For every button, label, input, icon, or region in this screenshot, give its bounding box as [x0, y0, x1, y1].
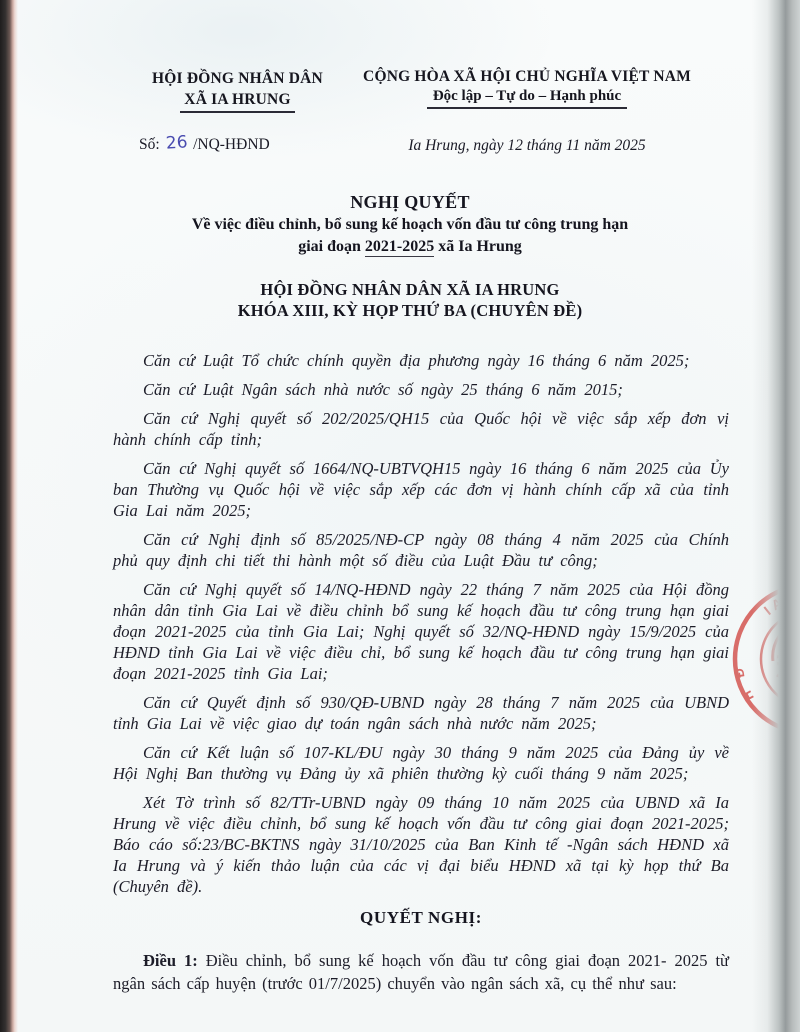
recital-paragraph: Căn cứ Nghị định số 85/2025/NĐ-CP ngày 0… [113, 529, 729, 571]
issuer-name-line2: XÃ IA HRUNG [180, 89, 294, 113]
authority-session-block: HỘI ĐỒNG NHÂN DÂN XÃ IA HRUNG KHÓA XIII,… [70, 279, 750, 321]
document-number-prefix: Số: [139, 136, 160, 153]
recital-paragraph: Căn cứ Luật Ngân sách nhà nước số ngày 2… [113, 379, 729, 400]
recital-paragraph: Căn cứ Nghị quyết số 202/2025/QH15 của Q… [113, 408, 729, 450]
national-motto: Độc lập – Tự do – Hạnh phúc [427, 87, 627, 109]
recital-paragraph: Căn cứ Luật Tổ chức chính quyền địa phươ… [113, 350, 729, 371]
page-right-edge-shadow [752, 0, 800, 1032]
issuer-header: HỘI ĐỒNG NHÂN DÂN XÃ IA HRUNG [90, 68, 385, 113]
subject-prefix: giai đoạn [298, 238, 365, 255]
resolution-heading: QUYẾT NGHỊ: [113, 908, 729, 928]
article-1-label: Điều 1: [143, 951, 198, 970]
subject-suffix: xã Ia Hrung [434, 238, 522, 255]
article-1-paragraph: Điều 1: Điều chỉnh, bổ sung kế hoạch vốn… [113, 949, 729, 995]
document-type-heading: NGHỊ QUYẾT [70, 190, 750, 214]
authority-line2: KHÓA XIII, KỲ HỌP THỨ BA (CHUYÊN ĐỀ) [70, 300, 750, 321]
place-dateline: Ia Hrung, ngày 12 tháng 11 năm 2025 [352, 137, 702, 155]
recital-paragraph: Căn cứ Kết luận số 107-KL/ĐU ngày 30 thá… [113, 742, 729, 784]
document-subject-line2: giai đoạn 2021-2025 xã Ia Hrung [70, 236, 750, 258]
scanned-document-page: HỘI ĐỒNG NHÂN DÂN XÃ IA HRUNG CỘNG HÒA X… [0, 0, 800, 1032]
document-number: Số: 26 /NQ-HĐND [139, 134, 270, 154]
recital-paragraph: Xét Tờ trình số 82/TTr-UBND ngày 09 thán… [113, 792, 729, 897]
national-title: CỘNG HÒA XÃ HỘI CHỦ NGHĨA VIỆT NAM [352, 66, 702, 87]
subject-period-underlined: 2021-2025 [365, 238, 434, 257]
recital-paragraph: Căn cứ Nghị quyết số 14/NQ-HĐND ngày 22 … [113, 579, 729, 684]
authority-line1: HỘI ĐỒNG NHÂN DÂN XÃ IA HRUNG [70, 279, 750, 300]
document-number-suffix: /NQ-HĐND [193, 136, 270, 153]
page-left-edge-shadow [0, 0, 18, 1032]
recital-paragraph: Căn cứ Nghị quyết số 1664/NQ-UBTVQH15 ng… [113, 458, 729, 521]
recital-paragraph: Căn cứ Quyết định số 930/QĐ-UBND ngày 28… [113, 692, 729, 734]
recitals-block: Căn cứ Luật Tổ chức chính quyền địa phươ… [113, 350, 729, 905]
document-title-block: NGHỊ QUYẾT Về việc điều chỉnh, bổ sung k… [70, 190, 750, 258]
article-1-text: Điều chỉnh, bổ sung kế hoạch vốn đầu tư … [113, 951, 729, 993]
national-header: CỘNG HÒA XÃ HỘI CHỦ NGHĨA VIỆT NAM Độc l… [352, 66, 702, 109]
document-subject-line1: Về việc điều chỉnh, bổ sung kế hoạch vốn… [70, 214, 750, 236]
document-number-handwritten: 26 [163, 132, 190, 154]
issuer-name-line1: HỘI ĐỒNG NHÂN DÂN [90, 68, 385, 89]
